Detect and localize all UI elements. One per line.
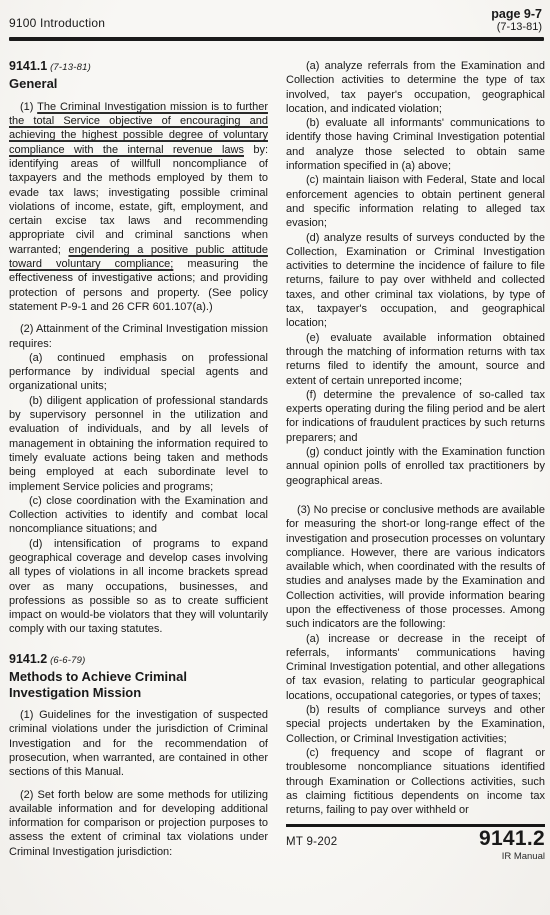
text-run: (c) maintain liaison with Federal, State…: [286, 174, 545, 229]
paragraph: (b) diligent application of professional…: [9, 394, 268, 494]
text-run: (d) analyze results of surveys conducted…: [286, 232, 545, 330]
text-run: (b) results of compliance surveys and ot…: [286, 704, 545, 745]
paragraph: (e) evaluate available information obtai…: [286, 331, 545, 388]
text-run: (a) analyze referrals from the Examinati…: [286, 60, 545, 115]
paragraph: (1) The Criminal Investigation mission i…: [9, 100, 268, 314]
section-date: (7-13-81): [47, 62, 91, 73]
section-number: 9141.1: [9, 59, 47, 73]
text-run: (b) evaluate all informants' communicati…: [286, 117, 545, 172]
footer-section-number: 9141.2: [479, 832, 545, 846]
text-run: (d) intensification of programs to expan…: [9, 538, 268, 636]
section-title: Methods to Achieve Criminal Investigatio…: [9, 669, 268, 700]
page-number: page 9-7: [491, 8, 542, 21]
header-rule: [9, 37, 544, 41]
left-column: 9141.1 (7-13-81)General(1) The Criminal …: [9, 59, 268, 864]
paragraph: (c) frequency and scope of flagrant or t…: [286, 746, 545, 817]
paragraph: (a) increase or decrease in the receipt …: [286, 632, 545, 703]
paragraph: (d) analyze results of surveys conducted…: [286, 231, 545, 331]
paragraph: (g) conduct jointly with the Examination…: [286, 445, 545, 488]
manual-transmittal-number: MT 9-202: [286, 835, 337, 849]
page-date: (7-13-81): [491, 21, 542, 34]
paragraph: (b) results of compliance surveys and ot…: [286, 703, 545, 746]
section-heading: 9141.2 (6-6-79)Methods to Achieve Crimin…: [9, 652, 268, 700]
text-run: by: identifying areas of willfull noncom…: [9, 144, 268, 256]
ir-manual-label: IR Manual: [286, 850, 545, 864]
text-run: (a) continued emphasis on professional p…: [9, 352, 268, 393]
header-page-info: page 9-7 (7-13-81): [491, 8, 542, 34]
section-title: General: [9, 76, 268, 92]
text-run: (e) evaluate available information obtai…: [286, 332, 545, 387]
text-run: (3) No precise or conclusive methods are…: [286, 504, 545, 630]
paragraph: (c) maintain liaison with Federal, State…: [286, 173, 545, 230]
header-chapter-title: 9100 Introduction: [9, 8, 105, 30]
section-date: (6-6-79): [47, 655, 85, 666]
paragraph: (2) Set forth below are some methods for…: [9, 788, 268, 859]
text-run: (c) close coordination with the Examinat…: [9, 495, 268, 536]
text-run: (c) frequency and scope of flagrant or t…: [286, 747, 545, 816]
paragraph: (a) continued emphasis on professional p…: [9, 351, 268, 394]
paragraph: (a) analyze referrals from the Examinati…: [286, 59, 545, 116]
paragraph: (1) Guidelines for the investigation of …: [9, 708, 268, 779]
section-number: 9141.2: [9, 652, 47, 666]
right-column: (a) analyze referrals from the Examinati…: [286, 59, 545, 864]
paragraph: (d) intensification of programs to expan…: [9, 537, 268, 637]
paragraph: (2) Attainment of the Criminal Investiga…: [9, 322, 268, 351]
text-run: (g) conduct jointly with the Examination…: [286, 446, 545, 487]
text-run: (a) increase or decrease in the receipt …: [286, 633, 545, 702]
document-page: 9100 Introduction page 9-7 (7-13-81) 914…: [0, 0, 550, 915]
paragraph: (3) No precise or conclusive methods are…: [286, 503, 545, 632]
text-run: (1): [20, 101, 37, 113]
paragraph: (f) determine the prevalence of so-calle…: [286, 388, 545, 445]
text-run: (b) diligent application of professional…: [9, 395, 268, 493]
page-footer: MT 9-2029141.2IR Manual: [286, 824, 545, 864]
page-header: 9100 Introduction page 9-7 (7-13-81): [9, 8, 544, 34]
text-run: (f) determine the prevalence of so-calle…: [286, 389, 545, 444]
text-run: (1) Guidelines for the investigation of …: [9, 709, 268, 778]
pen-underlined-text: The Criminal Investigation mission is to…: [9, 101, 268, 156]
paragraph: (b) evaluate all informants' communicati…: [286, 116, 545, 173]
text-run: (2) Set forth below are some methods for…: [9, 789, 268, 858]
two-column-body: 9141.1 (7-13-81)General(1) The Criminal …: [9, 59, 544, 864]
text-run: (2) Attainment of the Criminal Investiga…: [9, 323, 268, 349]
section-heading: 9141.1 (7-13-81)General: [9, 59, 268, 92]
paragraph: (c) close coordination with the Examinat…: [9, 494, 268, 537]
